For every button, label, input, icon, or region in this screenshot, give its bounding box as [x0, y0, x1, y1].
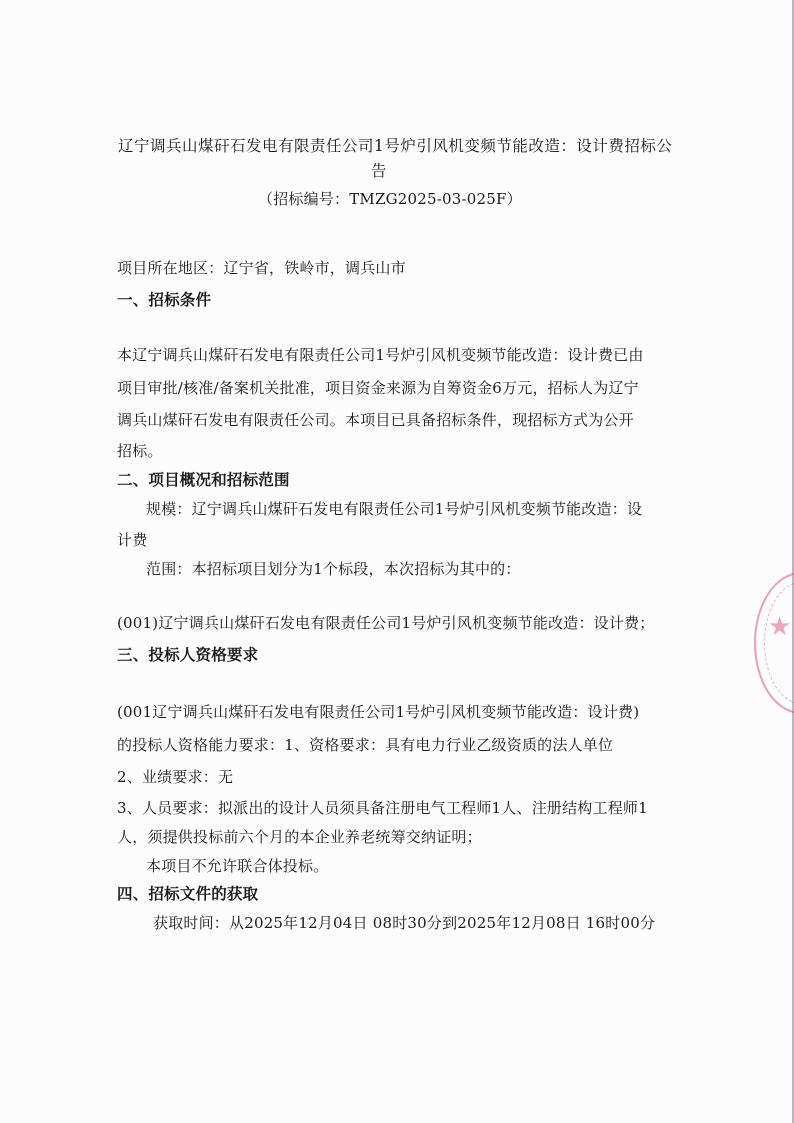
paragraph-line: (001辽宁调兵山煤矸石发电有限责任公司1号炉引风机变频节能改造：设计费) — [117, 702, 639, 722]
acquisition-time: 获取时间：从2025年12月04日 08时30分到2025年12月08日 16时… — [153, 913, 655, 933]
document-title-line-2: 告 — [371, 161, 387, 181]
paragraph-line: 人，须提供投标前六个月的本企业养老统筹交纳证明； — [117, 827, 482, 847]
paragraph-line: 项目审批/核准/备案机关批准，项目资金来源为自筹资金6万元，招标人为辽宁 — [117, 378, 639, 398]
document-page: 辽宁调兵山煤矸石发电有限责任公司1号炉引风机变频节能改造：设计费招标公 告 （招… — [0, 0, 794, 1123]
paragraph-line: 的投标人资格能力要求：1、资格要求：具有电力行业乙级资质的法人单位 — [117, 735, 613, 755]
lot-line: (001)辽宁调兵山煤矸石发电有限责任公司1号炉引风机变频节能改造：设计费； — [117, 613, 654, 633]
section-heading-document-acquisition: 四、招标文件的获取 — [117, 884, 258, 904]
document-title-line-1: 辽宁调兵山煤矸石发电有限责任公司1号炉引风机变频节能改造：设计费招标公 — [118, 136, 672, 156]
scale-line-cont: 计费 — [117, 530, 147, 550]
paragraph-line: 本辽宁调兵山煤矸石发电有限责任公司1号炉引风机变频节能改造：设计费已由 — [117, 345, 644, 365]
section-heading-bidder-qualifications: 三、投标人资格要求 — [117, 645, 258, 665]
seal-inner-ring — [764, 582, 794, 704]
scope-line: 范围：本招标项目划分为1个标段，本次招标为其中的： — [146, 559, 521, 579]
section-heading-project-overview: 二、项目概况和招标范围 — [117, 470, 290, 490]
paragraph-line: 2、业绩要求：无 — [117, 767, 233, 787]
paragraph-line: 调兵山煤矸石发电有限责任公司。本项目已具备招标条件，现招标方式为公开 — [117, 410, 634, 430]
project-region: 项目所在地区：辽宁省，铁岭市，调兵山市 — [117, 258, 406, 278]
official-seal-icon: ★ — [754, 572, 794, 714]
paragraph-line: 3、人员要求：拟派出的设计人员须具备注册电气工程师1人、注册结构工程师1 — [117, 798, 648, 818]
section-heading-bid-conditions: 一、招标条件 — [117, 290, 211, 310]
paragraph-line: 招标。 — [117, 441, 163, 461]
bid-number: （招标编号：TMZG2025-03-025F） — [258, 189, 522, 209]
paragraph-line: 本项目不允许联合体投标。 — [146, 856, 328, 876]
scale-line: 规模：辽宁调兵山煤矸石发电有限责任公司1号炉引风机变频节能改造：设 — [146, 499, 642, 519]
seal-star-icon: ★ — [768, 614, 791, 640]
